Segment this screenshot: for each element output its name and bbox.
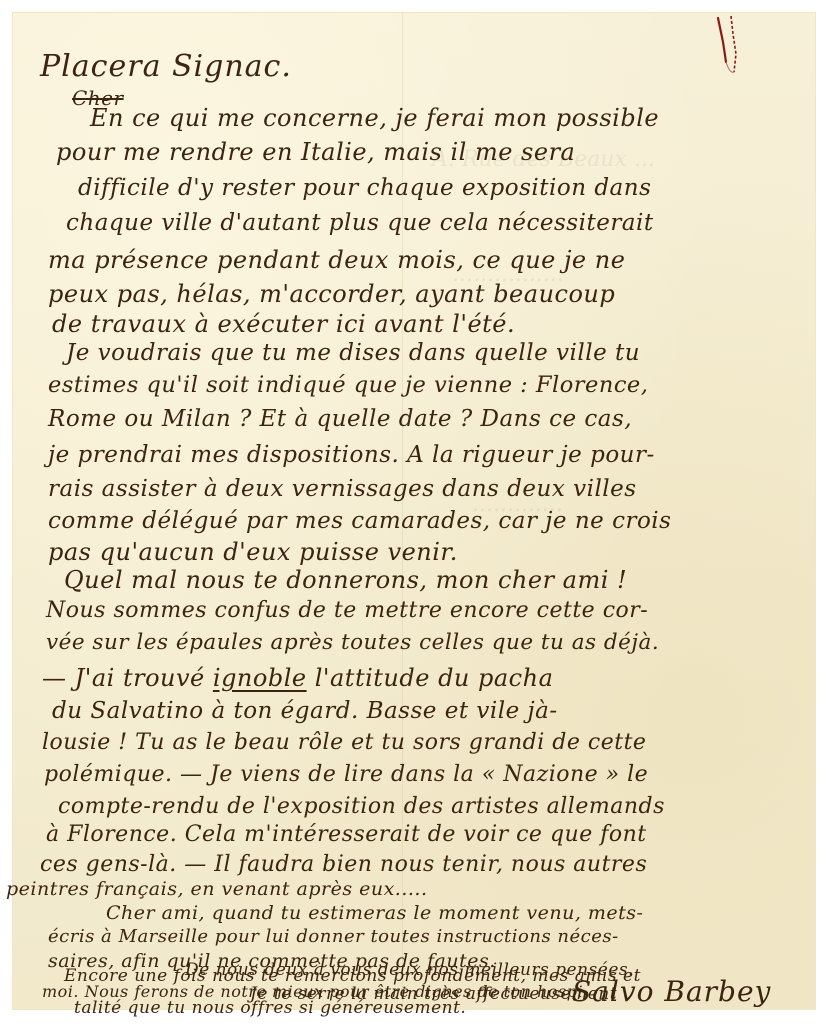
- letter-line-2: pour me rendre en Italie, mais il me ser…: [56, 140, 575, 164]
- letter-line-10: Rome ou Milan ? Et à quelle date ? Dans …: [48, 408, 632, 431]
- letter-line-1: En ce qui me concerne, je ferai mon poss…: [90, 106, 659, 130]
- letter-line-24: ces gens-là. — Il faudra bien nous tenir…: [40, 854, 647, 876]
- letter-line-3: difficile d'y rester pour chaque exposit…: [78, 177, 651, 200]
- letter-line-15: Quel mal nous te donnerons, mon cher ami…: [64, 568, 627, 592]
- letter-line-18: — J'ai trouvé ignoble l'attitude du pach…: [42, 666, 553, 690]
- letter-line-18-end: l'attitude du pacha: [315, 664, 554, 692]
- letter-line-12: rais assister à deux vernissages dans de…: [48, 478, 637, 501]
- letter-line-23: à Florence. Cela m'intéresserait de voir…: [46, 824, 647, 846]
- letter-line-19: du Salvatino à ton égard. Basse et vile …: [52, 700, 558, 723]
- letter-closing-2: Je te serre la main très affectueusement: [250, 986, 617, 1003]
- letter-line-27: écris à Marseille pour lui donner toutes…: [48, 928, 619, 946]
- letter-line-26: Cher ami, quand tu estimeras le moment v…: [106, 904, 643, 923]
- letter-line-11: je prendrai mes dispositions. A la rigue…: [48, 444, 655, 467]
- letter-line-14: pas qu'aucun d'eux puisse venir.: [48, 540, 458, 564]
- letter-salutation: Placera Signac.: [40, 52, 292, 82]
- underlined-word: ignoble: [213, 664, 307, 692]
- letter-line-20: lousie ! Tu as le beau rôle et tu sors g…: [42, 732, 646, 754]
- letter-line-4: chaque ville d'autant plus que cela néce…: [66, 212, 654, 235]
- letter-closing-1: De nous deux à vous deux nos meilleurs p…: [185, 962, 634, 979]
- letter-line-18-start: — J'ai trouvé: [42, 664, 205, 692]
- letter-line-6: peux pas, hélas, m'accorder, ayant beauc…: [48, 282, 615, 306]
- letter-line-21: polémique. — Je viens de lire dans la « …: [44, 764, 648, 786]
- letter-line-7: de travaux à exécuter ici avant l'été.: [52, 312, 515, 336]
- letter-line-8: Je voudrais que tu me dises dans quelle …: [66, 342, 640, 365]
- letter-paper: A. Rue des Beaux ... ................ ..…: [12, 12, 816, 1010]
- letter-signature: Salvo Barbey: [572, 978, 771, 1006]
- red-ink-mark-icon: [714, 14, 744, 84]
- letter-line-9: estimes qu'il soit indiqué que je vienne…: [48, 374, 648, 397]
- letter-line-16: Nous sommes confus de te mettre encore c…: [46, 600, 648, 622]
- letter-line-25: peintres français, en venant après eux..…: [6, 880, 428, 899]
- letter-line-22: compte-rendu de l'exposition des artiste…: [58, 796, 665, 818]
- letter-line-17: vée sur les épaules après toutes celles …: [46, 632, 659, 654]
- letter-line-5: ma présence pendant deux mois, ce que je…: [48, 248, 625, 272]
- letter-line-13: comme délégué par mes camarades, car je …: [48, 510, 671, 533]
